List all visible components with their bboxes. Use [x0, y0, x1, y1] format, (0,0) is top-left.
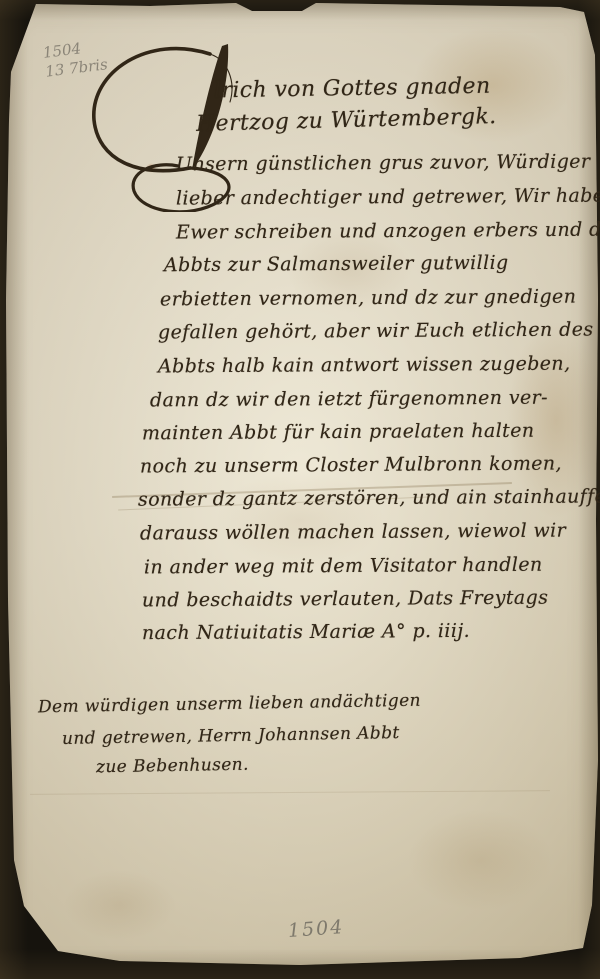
archival-note-bottom: 1504	[287, 916, 345, 944]
body-line: in ander weg mit dem Visitator handlen	[144, 554, 543, 579]
body-line: Abbts halb kain antwort wissen zugeben,	[158, 353, 571, 378]
heading-line-1: lrich von Gottes gnaden	[214, 74, 491, 104]
body-line: und beschaidts verlauten, Dats Freytags	[142, 587, 548, 612]
body-line: sonder dz gantz zerstören, und ain stain…	[138, 485, 600, 510]
body-line: dann dz wir den ietzt fürgenomnen ver-	[150, 387, 548, 412]
body-line: Abbts zur Salmansweiler gutwillig	[164, 252, 509, 276]
body-line: gefallen gehört, aber wir Euch etlichen …	[158, 318, 594, 343]
address-line: zue Bebenhusen.	[96, 755, 249, 778]
body-line: Ewer schreiben und anzogen erbers und de…	[176, 218, 600, 243]
body-line: darauss wöllen machen lassen, wiewol wir	[140, 520, 566, 545]
body-line: nach Natiuitatis Mariæ A° p. iiij.	[142, 620, 470, 644]
body-line: Unsern günstlichen grus zuvor, Würdiger	[176, 151, 591, 176]
body-line: noch zu unserm Closter Mulbronn komen,	[140, 453, 562, 478]
body-line: lieber andechtiger und getrewer, Wir hab…	[176, 184, 600, 209]
scan-background: 1504 13 7bris V lrich von Gottes gnaden …	[0, 0, 600, 979]
body-line: mainten Abbt für kain praelaten halten	[142, 420, 535, 445]
body-line: erbietten vernomen, und dz zur gnedigen	[160, 286, 576, 311]
